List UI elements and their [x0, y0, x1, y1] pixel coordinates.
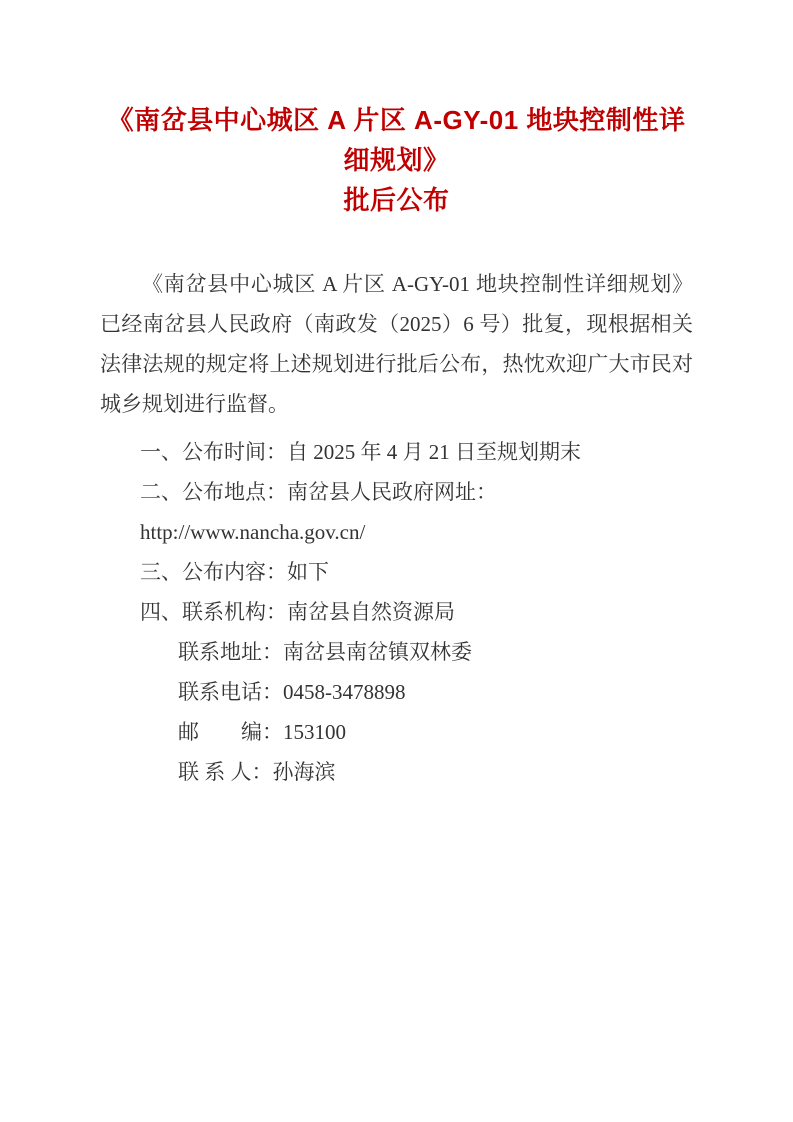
list-item-publish-location: 二、公布地点：南岔县人民政府网址：http://www.nancha.gov.c… — [100, 472, 693, 552]
document-title-line2: 批后公布 — [100, 180, 693, 220]
document-page: 《南岔县中心城区 A 片区 A-GY-01 地块控制性详细规划》 批后公布 《南… — [0, 0, 793, 1122]
list-item-contact-agency: 四、联系机构：南岔县自然资源局 — [100, 592, 693, 632]
list-item-publish-content: 三、公布内容：如下 — [100, 552, 693, 592]
list-item-postal-code: 邮 编：153100 — [100, 712, 693, 752]
list-item-contact-person: 联 系 人：孙海滨 — [100, 752, 693, 792]
document-title: 《南岔县中心城区 A 片区 A-GY-01 地块控制性详细规划》 批后公布 — [100, 100, 693, 220]
document-title-line1: 《南岔县中心城区 A 片区 A-GY-01 地块控制性详细规划》 — [100, 100, 693, 180]
list-item-contact-phone: 联系电话：0458-3478898 — [100, 672, 693, 712]
list-item-publish-time: 一、公布时间：自 2025 年 4 月 21 日至规划期末 — [100, 432, 693, 472]
intro-paragraph: 《南岔县中心城区 A 片区 A-GY-01 地块控制性详细规划》已经南岔县人民政… — [100, 264, 693, 424]
list-item-contact-address: 联系地址：南岔县南岔镇双林委 — [100, 632, 693, 672]
announcement-list: 一、公布时间：自 2025 年 4 月 21 日至规划期末 二、公布地点：南岔县… — [100, 432, 693, 792]
